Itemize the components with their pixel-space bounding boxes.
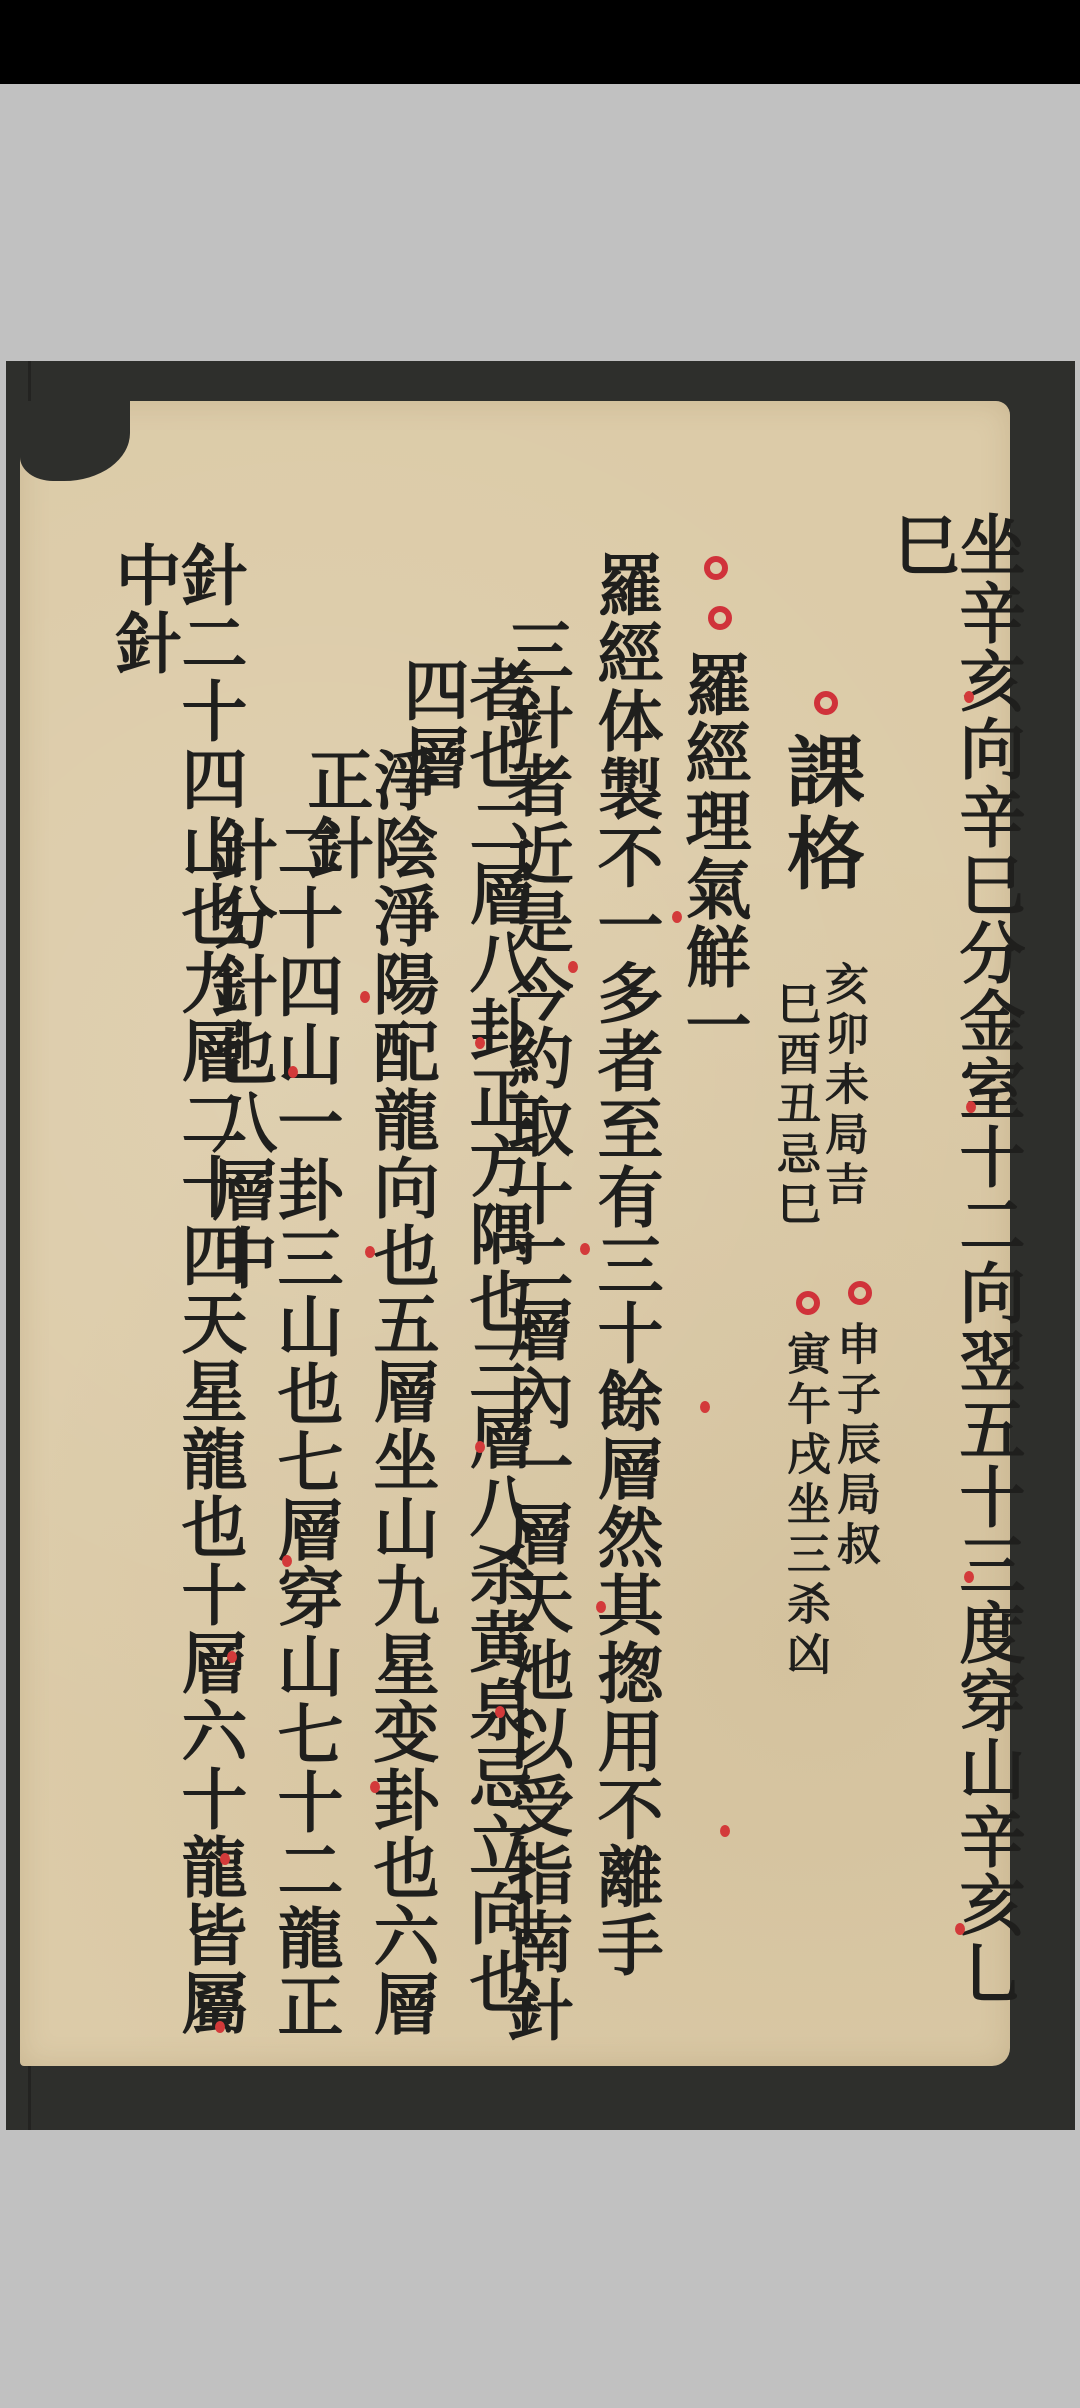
manuscript-paper: 坐辛亥向辛巳分金室十二向翌五十三度穿山辛亥乚巳 課格 亥卯未局吉 巳酉丑忌巳 申… [20, 401, 1010, 2066]
text-column-1: 坐辛亥向辛巳分金室十二向翌五十三度穿山辛亥乚巳 [888, 511, 1020, 2066]
red-circle-mark [796, 1291, 820, 1315]
ink-stain [20, 401, 130, 481]
annotation-column-1a: 亥卯未局吉 [820, 961, 864, 1211]
red-punctuation-dot [495, 1706, 505, 1718]
red-punctuation-dot [580, 1243, 590, 1255]
red-punctuation-dot [288, 1066, 298, 1078]
red-punctuation-dot [955, 1923, 965, 1935]
scanned-page-image: 坐辛亥向辛巳分金室十二向翌五十三度穿山辛亥乚巳 課格 亥卯未局吉 巳酉丑忌巳 申… [6, 361, 1075, 2130]
red-punctuation-dot [227, 1651, 237, 1663]
viewer-top-bar [0, 0, 1080, 84]
red-punctuation-dot [672, 911, 682, 923]
red-punctuation-dot [370, 1781, 380, 1793]
red-punctuation-dot [596, 1601, 606, 1613]
red-punctuation-dot [475, 1441, 485, 1453]
red-punctuation-dot [215, 2021, 225, 2033]
annotation-column-1b: 巳酉丑忌巳 [772, 981, 816, 1231]
red-punctuation-dot [964, 691, 974, 703]
text-column-11: 針二十四山也九層二十四天星龍也十層六十龍皆屬中針 [110, 541, 242, 2066]
red-circle-mark [814, 691, 838, 715]
red-punctuation-dot [220, 1853, 230, 1865]
red-punctuation-dot [568, 961, 578, 973]
annotation-column-2a: 申子辰局叔 [832, 1321, 876, 1571]
red-circle-mark [704, 556, 728, 580]
red-circle-mark [708, 606, 732, 630]
red-punctuation-dot [475, 1037, 485, 1049]
heading-column: 羅經理氣觧一 [680, 651, 746, 1059]
red-punctuation-dot [720, 1825, 730, 1837]
red-punctuation-dot [966, 1101, 976, 1113]
red-punctuation-dot [964, 1571, 974, 1583]
red-punctuation-dot [700, 1401, 710, 1413]
text-column-6: 羅經体製不一多者至有三十餘層然其揔用不離手 [592, 551, 658, 1979]
red-circle-mark [848, 1281, 872, 1305]
annotation-column-2b: 寅午戌坐三杀凶 [782, 1331, 826, 1681]
section-title: 課格 [780, 731, 858, 895]
red-punctuation-dot [282, 1555, 292, 1567]
red-punctuation-dot [360, 991, 370, 1003]
red-punctuation-dot [365, 1246, 375, 1258]
